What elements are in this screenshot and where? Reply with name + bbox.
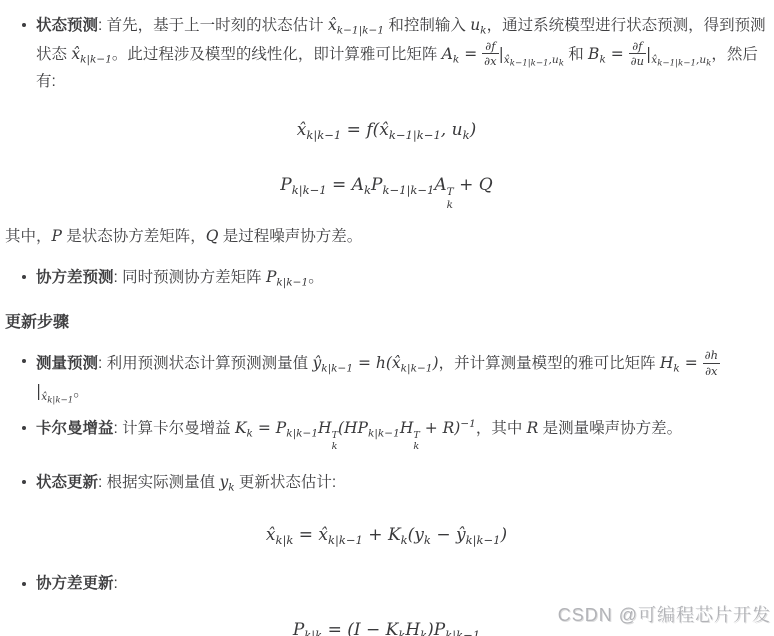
bullet-state-update-body: : 根据实际测量值 yk 更新状态估计: — [98, 474, 336, 491]
formula-state-update: x̂k|k = x̂k|k−1 + Kk(yk − ŷk|k−1) — [5, 524, 768, 547]
bullet-covariance-update-label: 协方差更新 — [36, 575, 114, 592]
formula-covariance-prediction: Pk|k−1 = AkPk−1|k−1ATk + Q — [5, 174, 768, 212]
bullet-state-prediction-label: 状态预测 — [36, 17, 98, 34]
paragraph-where: 其中，P 是状态协方差矩阵，Q 是过程噪声协方差。 — [5, 223, 768, 250]
bullet-measurement-prediction-label: 测量预测 — [36, 355, 98, 372]
article-content: 状态预测: 首先，基于上一时刻的状态估计 x̂k−1|k−1 和控制输入 uk，… — [0, 12, 774, 636]
bullet-kalman-gain: 卡尔曼增益: 计算卡尔曼增益 Kk = Pk|k−1HTk(HPk|k−1HTk… — [5, 415, 768, 453]
bullet-state-prediction-body: : 首先，基于上一时刻的状态估计 x̂k−1|k−1 和控制输入 uk，通过系统… — [36, 17, 766, 90]
bullet-measurement-prediction-body: : 利用预测状态计算预测测量值 ŷk|k−1 = h(x̂k|k−1)，并计算测… — [36, 355, 720, 400]
csdn-watermark: CSDN @可编程芯片开发 — [558, 601, 771, 627]
bullet-measurement-prediction: 测量预测: 利用预测状态计算预测测量值 ŷk|k−1 = h(x̂k|k−1)，… — [5, 348, 768, 405]
bullet-covariance-update-body: : — [114, 575, 118, 592]
bullet-covariance-prediction: 协方差预测: 同时预测协方差矩阵 Pk|k−1。 — [5, 264, 768, 291]
bullet-kalman-gain-body: : 计算卡尔曼增益 Kk = Pk|k−1HTk(HPk|k−1HTk + R)… — [114, 420, 683, 437]
bullet-kalman-gain-label: 卡尔曼增益 — [36, 420, 114, 437]
bullet-covariance-prediction-body: : 同时预测协方差矩阵 Pk|k−1。 — [114, 269, 324, 286]
bullet-state-update-label: 状态更新 — [36, 474, 98, 491]
bullet-covariance-update: 协方差更新: — [5, 571, 768, 597]
bullet-state-prediction: 状态预测: 首先，基于上一时刻的状态估计 x̂k−1|k−1 和控制输入 uk，… — [5, 12, 768, 95]
bullet-state-update: 状态更新: 根据实际测量值 yk 更新状态估计: — [5, 469, 768, 496]
bullet-covariance-prediction-label: 协方差预测 — [36, 269, 114, 286]
formula-state-prediction: x̂k|k−1 = f(x̂k−1|k−1, uk) — [5, 119, 768, 142]
heading-update-steps: 更新步骤 — [5, 313, 768, 333]
